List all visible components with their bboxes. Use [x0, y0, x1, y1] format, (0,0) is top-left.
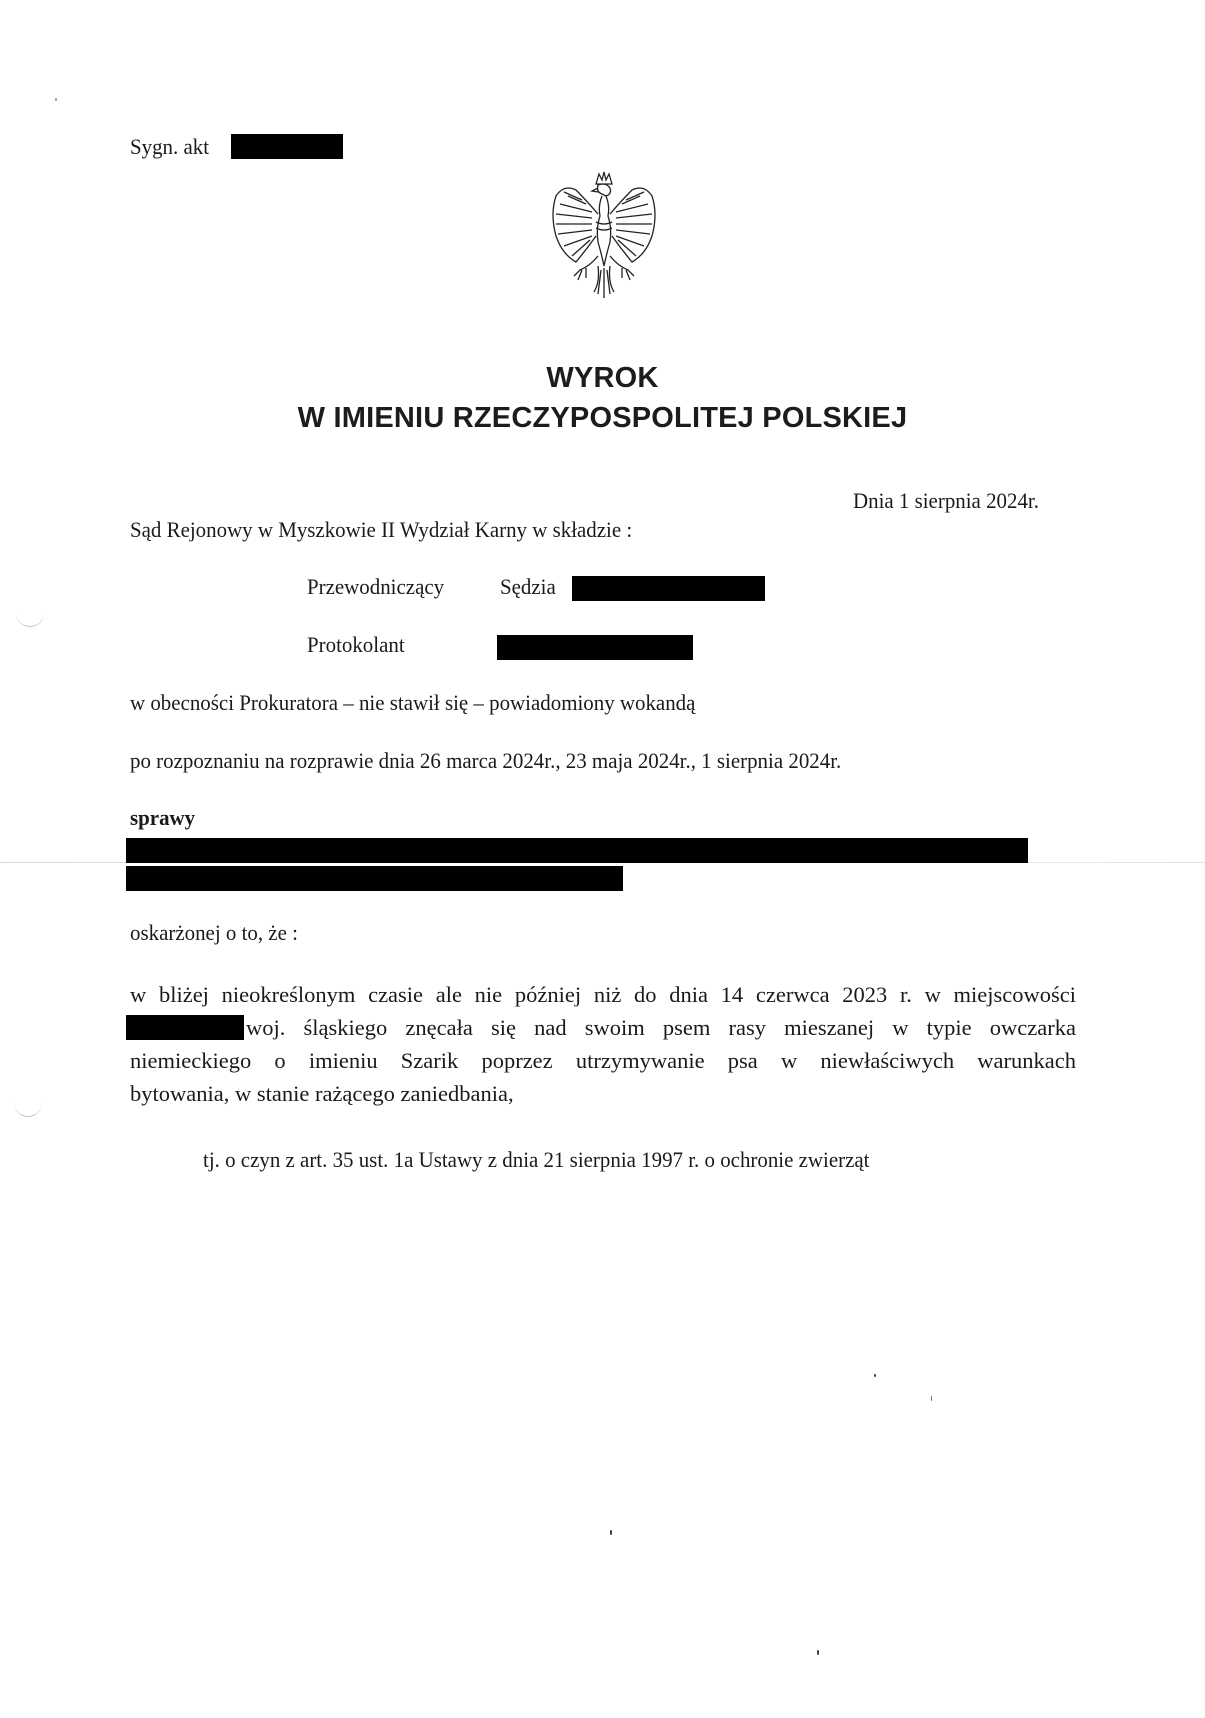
- case-label: sprawy: [130, 805, 195, 831]
- case-ref-redaction: [231, 134, 343, 159]
- charge-line: bytowania, w stanie rażącego zaniedbania…: [130, 1077, 1076, 1110]
- judgment-date: Dnia 1 sierpnia 2024r.: [853, 488, 1039, 514]
- charge-line: niemieckiego o imieniu Szarik poprzez ut…: [130, 1044, 1076, 1077]
- charge-line: w bliżej nieokreślonym czasie ale nie pó…: [130, 978, 1076, 1011]
- clerk-label: Protokolant: [307, 632, 405, 658]
- punch-hole-mark: [14, 1100, 42, 1117]
- polish-eagle-emblem-icon: [546, 170, 662, 300]
- scan-speck: [874, 1374, 876, 1377]
- case-ref-label: Sygn. akt: [130, 134, 209, 160]
- punch-hole-mark: [16, 610, 44, 627]
- charge-paragraph: w bliżej nieokreślonym czasie ale nie pó…: [130, 978, 1076, 1110]
- judgment-title: WYROK: [0, 362, 1205, 395]
- case-party-redaction-2: [126, 866, 623, 891]
- case-party-redaction: [126, 838, 1028, 863]
- charge-location-redaction: [126, 1015, 244, 1040]
- judgment-subtitle: W IMIENIU RZECZYPOSPOLITEJ POLSKIEJ: [0, 402, 1205, 435]
- scan-speck: [610, 1530, 612, 1535]
- clerk-name-redaction: [497, 635, 693, 660]
- prosecutor-line: w obecności Prokuratora – nie stawił się…: [130, 690, 695, 716]
- scan-speck: [55, 98, 57, 101]
- presiding-role: Sędzia: [500, 574, 556, 600]
- legal-basis: tj. o czyn z art. 35 ust. 1a Ustawy z dn…: [203, 1147, 870, 1173]
- scan-speck: [931, 1396, 932, 1401]
- charge-intro: oskarżonej o to, że :: [130, 920, 298, 946]
- court-composition-line: Sąd Rejonowy w Myszkowie II Wydział Karn…: [130, 517, 632, 543]
- presiding-name-redaction: [572, 576, 765, 601]
- hearing-dates-line: po rozpoznaniu na rozprawie dnia 26 marc…: [130, 748, 841, 774]
- charge-line: woj. śląskiego znęcała się nad swoim pse…: [246, 1011, 1076, 1044]
- scan-speck: [817, 1650, 819, 1655]
- presiding-label: Przewodniczący: [307, 574, 444, 600]
